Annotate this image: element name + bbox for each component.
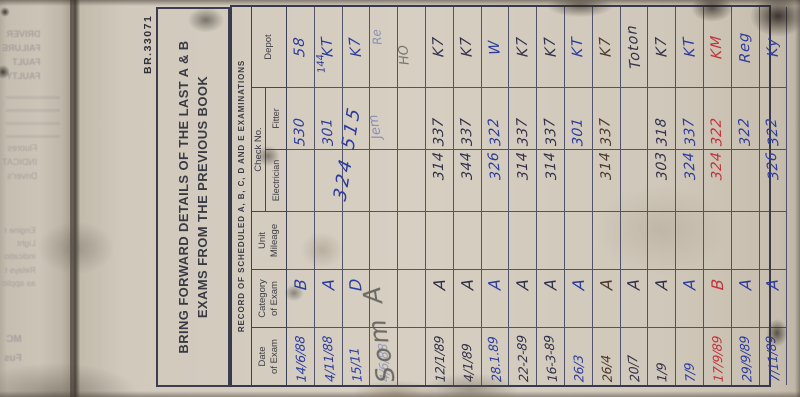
handwritten-value: 337 — [541, 118, 560, 147]
table-row: 26/3A301KT — [565, 7, 593, 385]
cell-mileage — [732, 212, 759, 270]
cell-category: A — [482, 270, 509, 328]
handwritten-value: Ky — [764, 37, 782, 57]
cell-depot: K7 — [343, 7, 370, 88]
table-row: 4/1/89A344337K7 — [454, 7, 482, 385]
cell-category — [398, 270, 425, 328]
ghost-text-line: Driver's — [2, 170, 37, 184]
handwritten-value: KT — [681, 37, 699, 58]
handwritten-value: A — [569, 278, 588, 291]
col-header-text: Depot — [263, 34, 275, 59]
check-no-label: Check No. — [252, 88, 265, 211]
col-header-text: of Exam — [269, 339, 281, 374]
cell-mileage — [760, 212, 787, 270]
cell-category: A — [426, 270, 453, 328]
cell-date: 20/7 — [621, 328, 648, 385]
handwritten-value: K7 — [597, 36, 615, 58]
pencil-depot-note: HO — [396, 44, 412, 65]
cell-electrician: 314 — [593, 150, 620, 212]
handwritten-value: 4/1/89 — [458, 343, 476, 382]
col-header-category: Category of Exam — [252, 270, 286, 328]
handwritten-value: A — [652, 278, 672, 290]
page-title: BRING FORWARD DETAILS OF THE LAST A & B … — [156, 7, 230, 387]
col-header-text: Mileage — [269, 224, 281, 257]
page-title-line2: EXAMS FROM THE PREVIOUS BOOK — [193, 9, 213, 385]
rotated-document-area: BR.33071 BRING FORWARD DETAILS OF THE LA… — [140, 0, 800, 397]
cell-depot: Reg — [732, 7, 759, 88]
ghost-text-block: MCFus — [4, 330, 22, 368]
table-row: 22-2-89A314337K7 — [509, 7, 537, 385]
cell-fitter: 301 — [315, 88, 342, 150]
cell-date: 1/9 — [648, 328, 675, 385]
handwritten-value: 530 — [292, 117, 309, 147]
handwritten-value: A — [485, 279, 505, 290]
handwritten-value: B — [708, 278, 727, 291]
cell-mileage — [509, 212, 536, 270]
handwritten-value: 16-3-89 — [541, 335, 560, 382]
cell-electrician: 303 — [648, 150, 675, 212]
cell-fitter: 318 — [648, 88, 675, 150]
handwritten-value: A — [318, 279, 338, 291]
cell-depot: K7 — [454, 7, 481, 88]
form-reference-number: BR.33071 — [142, 15, 154, 74]
table-section-header: RECORD OF SCHEDULED A, B, C, D AND E EXA… — [232, 7, 252, 385]
handwritten-value: A — [430, 278, 449, 291]
cell-mileage — [621, 212, 648, 270]
ghost-text-line: indicatio — [2, 250, 36, 263]
ghost-text-block: FluoresINDICATDriver's — [2, 142, 37, 184]
cell-electrician — [370, 150, 397, 212]
handwritten-value: 337 — [514, 117, 532, 146]
cell-fitter: 322 — [704, 88, 731, 150]
ghost-text-line: as applic — [2, 277, 36, 290]
handwritten-value: A — [596, 279, 616, 291]
handwritten-value: K7 — [542, 36, 560, 57]
handwritten-value: 301 — [570, 117, 587, 147]
cell-fitter: 337 — [454, 88, 481, 150]
cell-category: B — [287, 270, 314, 328]
table-row: 16-3-89A314337K7 — [537, 7, 565, 385]
handwritten-value: A — [735, 279, 755, 291]
ghost-text-line: DRIVER — [2, 28, 41, 42]
cell-electrician — [732, 150, 759, 212]
cell-category: A — [565, 270, 592, 328]
col-header-text: Category — [257, 279, 269, 318]
cell-date: 17/9/89 — [704, 328, 731, 385]
table-row: 1/9A303318K7 — [648, 7, 676, 385]
table-row: 28.1.89A326322W — [482, 7, 510, 385]
cell-category: A — [593, 270, 620, 328]
handwritten-value: 337 — [431, 117, 448, 147]
cell-depot: KT — [565, 7, 592, 88]
cell-date: 16-3-89 — [537, 328, 564, 385]
handwritten-value: 326 — [763, 152, 782, 180]
cell-depot: K7 — [648, 7, 675, 88]
handwritten-value: K7 — [347, 37, 365, 58]
ghost-text-line: Light — [2, 237, 36, 250]
col-header-check-no: Check No. Electrician Fitter — [252, 88, 286, 212]
handwritten-value: K7 — [431, 36, 448, 58]
cell-depot: Ky — [760, 7, 787, 88]
scanned-record-book: DRIVERFAILUREFAULTFAULTY FluoresINDICATD… — [0, 0, 800, 397]
handwritten-value: 58 — [292, 36, 309, 58]
cell-depot: K7 — [509, 7, 536, 88]
col-header-fitter: Fitter — [266, 88, 286, 150]
page-title-line1: BRING FORWARD DETAILS OF THE LAST A & B — [174, 9, 194, 385]
table-row: 29/9/89A322Reg — [732, 7, 760, 385]
cell-mileage — [343, 212, 370, 270]
handwritten-value: 322 — [763, 118, 782, 146]
cell-electrician: 314 — [537, 150, 564, 212]
handwritten-value: A — [457, 279, 477, 291]
cell-electrician: 324 — [704, 150, 731, 212]
cell-depot: KT — [676, 7, 703, 88]
handwritten-value: 4/11/88 — [319, 336, 337, 383]
cell-mileage — [565, 212, 592, 270]
cell-electrician: 326 — [482, 150, 509, 212]
handwritten-value: 1/9 — [654, 362, 670, 382]
ghost-text-line: Relays t — [2, 264, 36, 277]
ghost-text-line: MC — [4, 330, 22, 349]
handwritten-value: 314 — [431, 151, 448, 181]
handwritten-value: 17/9/89 — [709, 335, 726, 382]
handwritten-value: 337 — [597, 117, 615, 146]
handwritten-value: 314 — [541, 152, 560, 181]
handwritten-value: 337 — [680, 118, 699, 147]
cell-mileage — [454, 212, 481, 270]
cell-category: A — [676, 270, 703, 328]
handwritten-value: B — [291, 278, 310, 291]
handwritten-value: 7/9 — [681, 363, 698, 383]
cell-electrician — [287, 150, 314, 212]
cell-category: A — [315, 270, 342, 328]
handwritten-value: 326 — [485, 152, 504, 180]
handwritten-value: 324 — [709, 151, 726, 181]
handwritten-value: 20/7 — [625, 355, 643, 382]
cell-date: 4/1/89 — [454, 328, 481, 385]
handwritten-value: 22-2-89 — [514, 335, 532, 383]
cell-depot: KM — [704, 7, 731, 88]
cell-fitter: 337 — [676, 88, 703, 150]
handwritten-value: A — [541, 279, 561, 291]
handwritten-value: A — [513, 278, 533, 290]
ghost-text-line: FAULT — [2, 56, 41, 70]
handwritten-value: 7/11/89 — [763, 336, 783, 382]
cell-mileage — [370, 212, 397, 270]
cell-depot — [370, 7, 397, 88]
cell-mileage — [482, 212, 509, 270]
table-row: 12/1/89A314337K7 — [426, 7, 454, 385]
cell-date: 22-2-89 — [509, 328, 536, 385]
cell-fitter: 322 — [482, 88, 509, 150]
cell-mileage — [287, 212, 314, 270]
cell-date: 26/3 — [565, 328, 592, 385]
cell-fitter: 337 — [426, 88, 453, 150]
ghost-text-line: FAILURE — [2, 42, 41, 56]
cell-category: A — [621, 270, 648, 328]
handwritten-value: 344 — [458, 152, 476, 181]
cell-date: 26/4 — [593, 328, 620, 385]
handwritten-value: 26/4 — [598, 355, 615, 383]
handwritten-value: 12/1/89 — [431, 335, 448, 382]
cell-fitter: 322 — [760, 88, 787, 150]
exam-record-table: RECORD OF SCHEDULED A, B, C, D AND E EXA… — [230, 5, 771, 387]
cell-electrician — [398, 150, 425, 212]
cell-mileage — [648, 212, 675, 270]
cell-date: 28.1.89 — [482, 328, 509, 385]
cell-electrician — [621, 150, 648, 212]
cell-mileage — [398, 212, 425, 270]
col-header-text: Date — [257, 346, 269, 366]
table-body: 14/6/88B530584/11/88A301KT15/11DK74/6/88… — [287, 7, 787, 385]
faint-depot-note: Re — [369, 29, 385, 46]
cell-date: 4/11/88 — [315, 328, 342, 385]
col-header-text: Unit — [257, 232, 269, 249]
handwritten-value: KT — [570, 36, 587, 58]
handwritten-value: 301 — [319, 117, 337, 146]
cell-fitter: 337 — [509, 88, 536, 150]
table-row: 7/11/89A326322Ky — [760, 7, 788, 385]
handwritten-value: 322 — [485, 118, 504, 146]
depot-extra-mark: 144 — [315, 53, 328, 73]
handwritten-value: 303 — [653, 151, 671, 180]
cell-mileage — [426, 212, 453, 270]
handwritten-value: Reg — [736, 31, 754, 63]
handwritten-value: W — [486, 39, 504, 55]
cell-category: A — [760, 270, 787, 328]
handwritten-value: 322 — [709, 117, 726, 147]
col-header-date: Date of Exam — [252, 328, 286, 385]
handwritten-value: 15/11 — [347, 347, 366, 382]
cell-electrician: 314 — [426, 150, 453, 212]
cell-fitter: 530 — [287, 88, 314, 150]
cell-date: 7/9 — [676, 328, 703, 385]
handwritten-value: A — [680, 279, 700, 291]
cell-electrician: 314 — [509, 150, 536, 212]
cell-category: B — [704, 270, 731, 328]
cell-depot: K7 — [593, 7, 620, 88]
cell-mileage — [704, 212, 731, 270]
col-header-text: of Exam — [269, 281, 281, 316]
handwritten-value: 29/9/89 — [736, 336, 754, 383]
handwritten-value: 314 — [514, 151, 532, 180]
ghost-text-line: FAULTY — [2, 70, 41, 84]
table-row: 17/9/89B324322KM — [704, 7, 732, 385]
col-header-unit-mileage: Unit Mileage — [252, 212, 286, 270]
cell-mileage — [676, 212, 703, 270]
handwritten-value: Toton — [624, 25, 645, 70]
cell-depot: W — [482, 7, 509, 88]
cell-electrician: 344 — [454, 150, 481, 212]
table-row: 26/4A314337K7 — [593, 7, 621, 385]
cell-fitter — [398, 88, 425, 150]
handwritten-value: 337 — [458, 117, 476, 146]
cell-fitter: 301 — [565, 88, 592, 150]
cell-mileage — [593, 212, 620, 270]
cell-depot: 58 — [287, 7, 314, 88]
ghost-text-line: Fluores — [2, 142, 37, 156]
cell-date: 12/1/89 — [426, 328, 453, 385]
table-row: 7/9A324337KT — [676, 7, 704, 385]
table-column-headers: Date of Exam Category of Exam Unit Milea… — [252, 7, 287, 385]
cell-category: A — [509, 270, 536, 328]
handwritten-value: 322 — [736, 117, 754, 146]
cell-fitter — [621, 88, 648, 150]
handwritten-value: 318 — [653, 117, 671, 146]
handwritten-value: 28.1.89 — [485, 336, 505, 382]
cell-electrician: 326 — [760, 150, 787, 212]
cell-depot: KT — [315, 7, 342, 88]
col-header-depot: Depot — [252, 7, 286, 88]
table-row: 20/7AToton — [621, 7, 649, 385]
ghost-text-line: Engine r — [2, 224, 36, 237]
cell-date: 29/9/89 — [732, 328, 759, 385]
cell-category: A — [537, 270, 564, 328]
handwritten-value: K7 — [514, 36, 531, 58]
cell-fitter: 337 — [537, 88, 564, 150]
record-page: BR.33071 BRING FORWARD DETAILS OF THE LA… — [140, 0, 800, 397]
cell-category: A — [648, 270, 675, 328]
handwritten-value: K7 — [458, 36, 476, 58]
ghost-text-block: DRIVERFAILUREFAULTFAULTY — [2, 28, 41, 84]
cell-date: 14/6/88 — [287, 328, 314, 385]
cell-depot: Toton — [621, 7, 648, 88]
cell-mileage — [315, 212, 342, 270]
cell-depot: K7 — [426, 7, 453, 88]
left-page: DRIVERFAILUREFAULTFAULTY FluoresINDICATD… — [0, 0, 72, 397]
handwritten-value: 324 — [680, 152, 699, 181]
handwritten-value: A — [763, 279, 783, 290]
cell-category: A — [454, 270, 481, 328]
table-row: 14/6/88B53058 — [287, 7, 315, 385]
handwritten-value: K7 — [653, 36, 670, 58]
handwritten-value: KM — [709, 34, 726, 59]
cell-mileage — [537, 212, 564, 270]
cell-date — [398, 328, 425, 385]
ghost-text-block: Engine rLightindicatioRelays tas applic — [2, 224, 36, 290]
handwritten-value: A — [624, 279, 644, 290]
cell-electrician — [565, 150, 592, 212]
cell-date: 7/11/89 — [760, 328, 787, 385]
ghost-text-line: INDICAT — [2, 156, 37, 170]
handwritten-value: 14/6/88 — [292, 335, 309, 382]
handwritten-value: 26/3 — [570, 354, 586, 382]
ghost-text-line: Fus — [4, 349, 22, 368]
handwritten-value: 314 — [597, 152, 615, 181]
cell-depot: K7 — [537, 7, 564, 88]
cell-fitter: 322 — [732, 88, 759, 150]
cell-category: A — [732, 270, 759, 328]
cell-electrician: 324 — [676, 150, 703, 212]
cell-fitter: 337 — [593, 88, 620, 150]
ghost-text-faint-lines — [6, 96, 60, 138]
col-header-electrician: Electrician — [266, 150, 286, 211]
